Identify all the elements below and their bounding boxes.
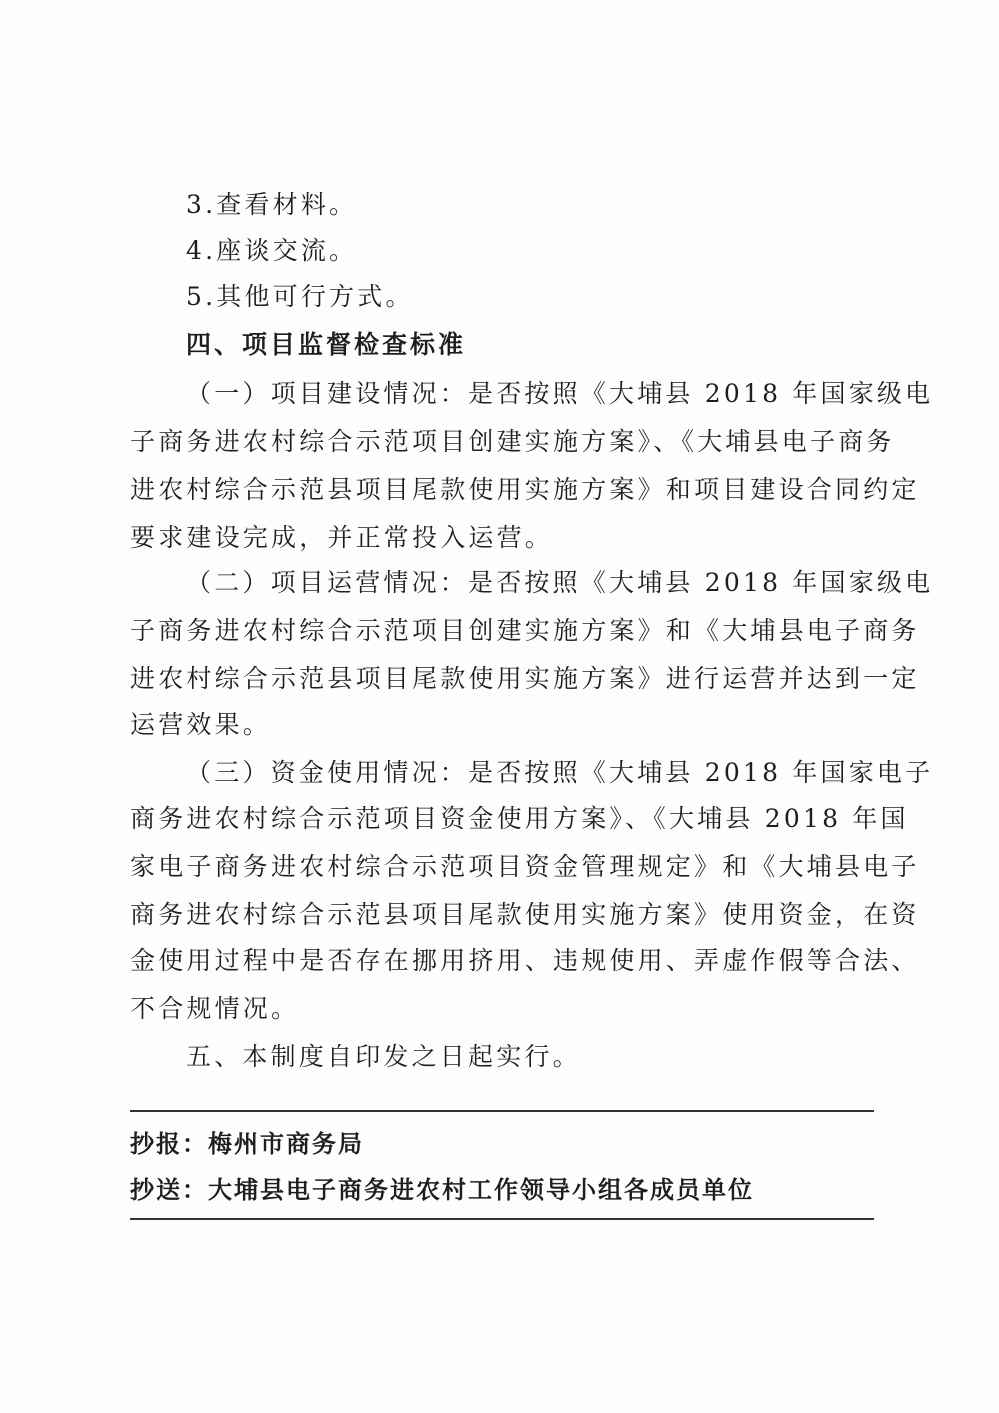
document-page: 3.查看材料。 4.座谈交流。 5.其他可行方式。 四、项目监督检查标准 （一）… <box>0 0 999 1413</box>
cc-report: 抄报：梅州市商务局 <box>130 1128 364 1160</box>
paragraph-3-line: 家电子商务进农村综合示范项目资金管理规定》和《大埔县电子 <box>130 850 890 884</box>
list-item-4: 4.座谈交流。 <box>186 234 946 268</box>
paragraph-2-line: 进农村综合示范县项目尾款使用实施方案》进行运营并达到一定 <box>130 662 890 696</box>
cc-send: 抄送：大埔县电子商务进农村工作领导小组各成员单位 <box>130 1174 754 1206</box>
paragraph-3-line: 金使用过程中是否存在挪用挤用、违规使用、弄虚作假等合法、 <box>130 944 890 978</box>
paragraph-2-line: 运营效果。 <box>130 708 890 742</box>
list-item-5: 5.其他可行方式。 <box>186 280 946 314</box>
paragraph-2-line: （二）项目运营情况：是否按照《大埔县 2018 年国家级电 <box>186 566 946 600</box>
paragraph-3-line: 商务进农村综合示范项目资金使用方案》、《大埔县 2018 年国 <box>130 802 890 836</box>
paragraph-3-line: 不合规情况。 <box>130 992 890 1026</box>
paragraph-3-line: 商务进农村综合示范县项目尾款使用实施方案》使用资金，在资 <box>130 898 890 932</box>
divider-bottom <box>130 1218 874 1220</box>
divider-top <box>130 1110 874 1112</box>
section-heading-4: 四、项目监督检查标准 <box>186 328 946 362</box>
paragraph-2-line: 子商务进农村综合示范项目创建实施方案》和《大埔县电子商务 <box>130 614 890 648</box>
paragraph-1-line: 要求建设完成，并正常投入运营。 <box>130 521 890 555</box>
paragraph-1-line: （一）项目建设情况：是否按照《大埔县 2018 年国家级电 <box>186 377 946 411</box>
section-5: 五、本制度自印发之日起实行。 <box>186 1040 946 1074</box>
paragraph-1-line: 子商务进农村综合示范项目创建实施方案》、《大埔县电子商务 <box>130 425 890 459</box>
paragraph-1-line: 进农村综合示范县项目尾款使用实施方案》和项目建设合同约定 <box>130 473 890 507</box>
paragraph-3-line: （三）资金使用情况：是否按照《大埔县 2018 年国家电子 <box>186 756 946 790</box>
list-item-3: 3.查看材料。 <box>186 188 946 222</box>
